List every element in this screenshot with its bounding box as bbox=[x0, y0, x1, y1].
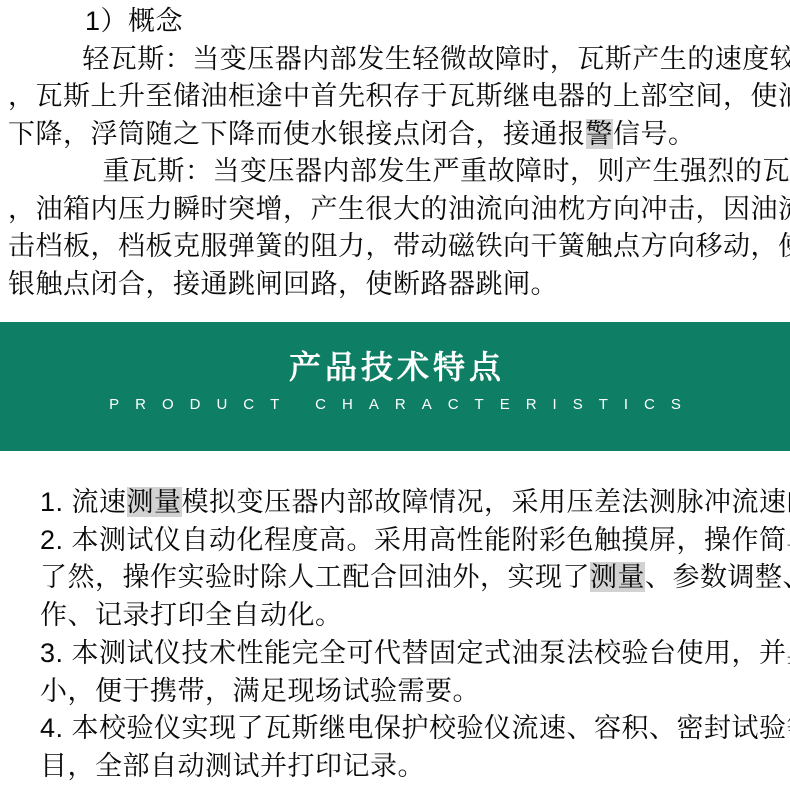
text-line: ，瓦斯上升至储油柜途中首先积存于瓦斯继电器的上部空间，使油面 bbox=[8, 78, 784, 116]
highlighted-text: 测量 bbox=[127, 487, 182, 517]
banner-subtitle: PRODUCT CHARACTERISTICS bbox=[0, 396, 790, 414]
text-line: 1. 流速测量模拟变压器内部故障情况，采用压差法测脉冲流速的原理。 bbox=[40, 484, 788, 522]
text-segment: 3. 本测试仪技术性能完全可代替固定式油泵法校验台使用，并具有体积 bbox=[40, 638, 790, 668]
features-section: 1. 流速测量模拟变压器内部故障情况，采用压差法测脉冲流速的原理。2. 本测试仪… bbox=[0, 484, 790, 786]
text-segment: 目，全部自动测试并打印记录。 bbox=[40, 751, 425, 781]
text-line: 2. 本测试仪自动化程度高。采用高性能附彩色触摸屏，操作简单，一目 bbox=[40, 522, 788, 560]
text-segment: 小，便于携带，满足现场试验需要。 bbox=[40, 676, 480, 706]
text-line: 下降，浮筒随之下降而使水银接点闭合，接通报警信号。 bbox=[8, 116, 784, 154]
text-segment: 银触点闭合，接通跳闸回路，使断路器跳闸。 bbox=[8, 269, 558, 299]
text-segment: 2. 本测试仪自动化程度高。采用高性能附彩色触摸屏，操作简单，一目 bbox=[40, 525, 790, 555]
feature-item: 3. 本测试仪技术性能完全可代替固定式油泵法校验台使用，并具有体积小，便于携带，… bbox=[40, 635, 788, 710]
text-line: 作、记录打印全自动化。 bbox=[40, 597, 788, 635]
highlighted-text: 警 bbox=[586, 119, 614, 149]
feature-item: 1. 流速测量模拟变压器内部故障情况，采用压差法测脉冲流速的原理。 bbox=[40, 484, 788, 522]
text-line: ，油箱内压力瞬时突增，产生很大的油流向油枕方向冲击，因油流冲 bbox=[8, 191, 784, 229]
text-line: 4. 本校验仪实现了瓦斯继电保护校验仪流速、容积、密封试验等检验项 bbox=[40, 710, 788, 748]
concept-paragraph: 重瓦斯：当变压器内部发生严重故障时，则产生强烈的瓦斯瓦斯，油箱内压力瞬时突增，产… bbox=[8, 153, 784, 303]
text-segment: 、参数调整、控制操 bbox=[645, 562, 790, 592]
concept-heading: 1）概念 bbox=[8, 3, 784, 41]
text-segment: 重瓦斯：当变压器内部发生严重故障时，则产生强烈的瓦斯瓦斯 bbox=[103, 156, 790, 186]
text-line: 重瓦斯：当变压器内部发生严重故障时，则产生强烈的瓦斯瓦斯 bbox=[8, 153, 784, 191]
text-line: 击档板，档板克服弹簧的阻力，带动磁铁向干簧触点方向移动，使水 bbox=[8, 228, 784, 266]
text-line: 小，便于携带，满足现场试验需要。 bbox=[40, 673, 788, 711]
text-line: 了然，操作实验时除人工配合回油外，实现了测量、参数调整、控制操 bbox=[40, 559, 788, 597]
text-segment: 了然，操作实验时除人工配合回油外，实现了 bbox=[40, 562, 590, 592]
text-segment: 信号。 bbox=[613, 119, 696, 149]
concept-section: 1）概念 轻瓦斯：当变压器内部发生轻微故障时，瓦斯产生的速度较缓慢，瓦斯上升至储… bbox=[0, 0, 790, 303]
text-line: 3. 本测试仪技术性能完全可代替固定式油泵法校验台使用，并具有体积 bbox=[40, 635, 788, 673]
text-segment: 击档板，档板克服弹簧的阻力，带动磁铁向干簧触点方向移动，使水 bbox=[8, 231, 790, 261]
text-segment: 下降，浮筒随之下降而使水银接点闭合，接通报 bbox=[8, 119, 586, 149]
text-segment: 4. 本校验仪实现了瓦斯继电保护校验仪流速、容积、密封试验等检验项 bbox=[40, 713, 790, 743]
feature-item: 2. 本测试仪自动化程度高。采用高性能附彩色触摸屏，操作简单，一目了然，操作实验… bbox=[40, 522, 788, 635]
text-segment: 1. 流速 bbox=[40, 487, 127, 517]
feature-item: 4. 本校验仪实现了瓦斯继电保护校验仪流速、容积、密封试验等检验项目，全部自动测… bbox=[40, 710, 788, 785]
banner-title: 产品技术特点 bbox=[0, 322, 790, 386]
text-segment: ，油箱内压力瞬时突增，产生很大的油流向油枕方向冲击，因油流冲 bbox=[8, 194, 790, 224]
concept-paragraphs: 轻瓦斯：当变压器内部发生轻微故障时，瓦斯产生的速度较缓慢，瓦斯上升至储油柜途中首… bbox=[8, 41, 784, 304]
text-segment: 作、记录打印全自动化。 bbox=[40, 600, 343, 630]
text-line: 目，全部自动测试并打印记录。 bbox=[40, 748, 788, 786]
banner: 产品技术特点 PRODUCT CHARACTERISTICS bbox=[0, 322, 790, 451]
text-line: 轻瓦斯：当变压器内部发生轻微故障时，瓦斯产生的速度较缓慢 bbox=[8, 41, 784, 79]
text-line: 银触点闭合，接通跳闸回路，使断路器跳闸。 bbox=[8, 266, 784, 304]
highlighted-text: 测量 bbox=[590, 562, 645, 592]
feature-items: 1. 流速测量模拟变压器内部故障情况，采用压差法测脉冲流速的原理。2. 本测试仪… bbox=[40, 484, 788, 786]
text-segment: ，瓦斯上升至储油柜途中首先积存于瓦斯继电器的上部空间，使油面 bbox=[8, 81, 790, 111]
page: 1）概念 轻瓦斯：当变压器内部发生轻微故障时，瓦斯产生的速度较缓慢，瓦斯上升至储… bbox=[0, 0, 790, 786]
text-segment: 模拟变压器内部故障情况，采用压差法测脉冲流速的原理。 bbox=[182, 487, 790, 517]
text-segment: 轻瓦斯：当变压器内部发生轻微故障时，瓦斯产生的速度较缓慢 bbox=[82, 44, 790, 74]
concept-paragraph: 轻瓦斯：当变压器内部发生轻微故障时，瓦斯产生的速度较缓慢，瓦斯上升至储油柜途中首… bbox=[8, 41, 784, 154]
